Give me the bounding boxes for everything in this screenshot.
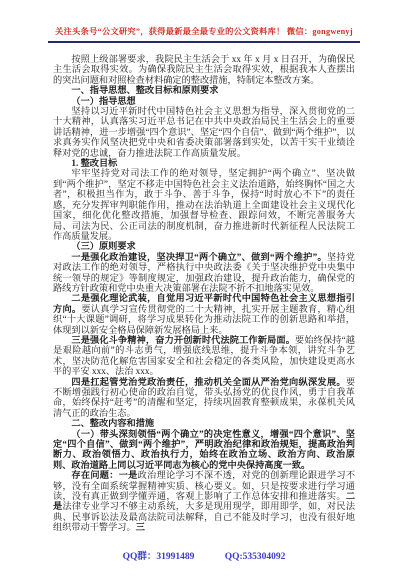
heading-rectify-goal: 1. 整改目标 — [53, 158, 355, 168]
header-banner: 关注头条号“公文研究”，获得最新最全最专业的公文资料库！ 微信：gongweny… — [48, 26, 360, 43]
footer-qq-group: QQ群：31991489 — [123, 552, 195, 562]
heading-1-3: （三）原则要求 — [53, 241, 355, 251]
principle-2-paragraph: 二是强化理论武装，自觉用习近平新时代中国特色社会主义思想指引方向。要认真学习宣传… — [53, 293, 355, 335]
principle-3-paragraph: 三是强化斗争精神，奋力开创新时代法院工作新局面。要始终保持“越是艰险越向前”的斗… — [53, 335, 355, 377]
guiding-ideology-paragraph: 坚持以习近平新时代中国特色社会主义思想为指导，深入贯彻党的二十大精神，认真落实习… — [53, 106, 355, 158]
measure-1-heading-paragraph: （一）带头深刻领悟“两个确立”的决定性意义，增强“四个意识”、坚定“四个自信”、… — [53, 429, 355, 471]
heading-1: 一、指导思想、整改目标和原则要求 — [53, 85, 355, 95]
heading-1-1: （一）指导思想 — [53, 96, 355, 106]
intro-paragraph: 按照上级部署要求，我院民主生活会于 xx 年 x 月 x 日召开，为确保民主生活… — [53, 54, 355, 85]
rectify-goal-paragraph: 牢牢坚持党对司法工作的绝对领导，坚定拥护“两个确立”、坚决做到“两个维护”，坚定… — [53, 168, 355, 241]
document-body: 按照上级部署要求，我院民主生活会于 xx 年 x 月 x 日召开，为确保民主生活… — [53, 54, 355, 533]
heading-2: 二、整改内容和措施 — [53, 418, 355, 428]
principle-1-paragraph: 一是强化政治建设，坚决捍卫“两个确立”、做到“两个维护”。坚持党对政法工作的绝对… — [53, 252, 355, 294]
document-page: 关注头条号“公文研究”，获得最新最全最专业的公文资料库！ 微信：gongweny… — [0, 0, 408, 580]
footer-qq: QQ:535304092 — [225, 552, 286, 562]
existing-problems-paragraph: 存在问题：一是政治理论学习不深不透，对党的创新理论跟进学习不够，没有全面系统掌握… — [53, 470, 355, 532]
header-notice-text: 关注头条号“公文研究”，获得最新最全最专业的公文资料库！ 微信：gongweny… — [55, 27, 353, 36]
footer: QQ群：31991489 QQ:535304092 — [0, 548, 408, 562]
principle-4-paragraph: 四是扛起管党治党政治责任，推动机关全面从严治党向纵深发展。要不断增强践行初心使命… — [53, 377, 355, 419]
